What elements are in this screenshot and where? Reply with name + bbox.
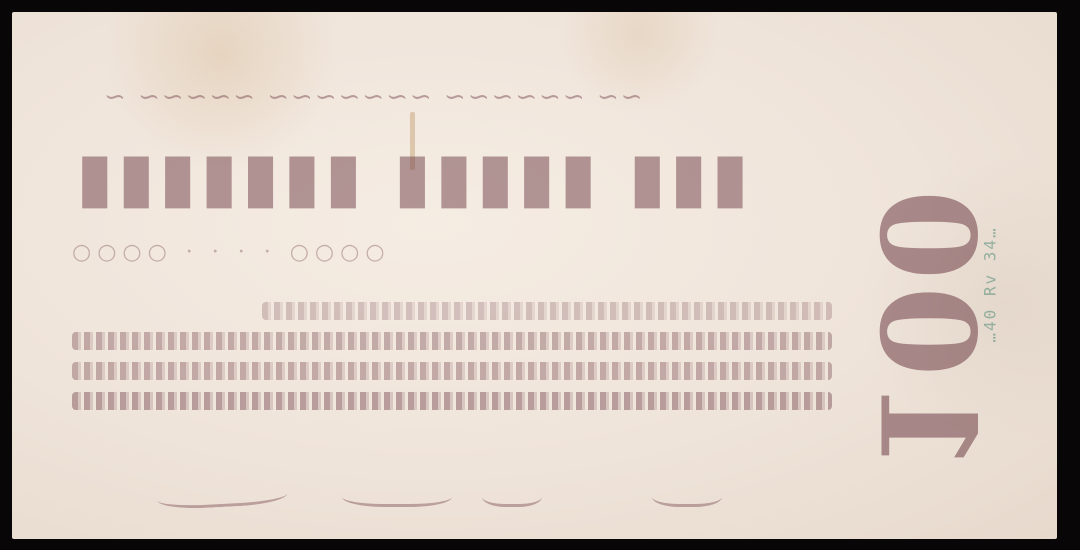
signature-row [132, 482, 752, 522]
serial-number: …40 Rv 34… [975, 220, 1005, 360]
mirrored-heading-text: ~~ ~~~~~~ ~~~~~~~ ~~~~~ ~ [102, 82, 643, 112]
mirrored-ornament-row: ○○○○ · · · · ○○○○ [72, 240, 391, 265]
signature [342, 482, 452, 507]
signature [652, 482, 722, 507]
mirrored-title-text: ▮▮▮ ▮▮▮▮▮ ▮▮▮▮▮▮▮ [72, 137, 749, 217]
banknote-back: ~~ ~~~~~~ ~~~~~~~ ~~~~~ ~ ▮▮▮ ▮▮▮▮▮ ▮▮▮▮… [12, 12, 1057, 539]
body-line [72, 392, 832, 410]
body-line [262, 302, 832, 320]
mirrored-body-text [72, 302, 832, 422]
signature [156, 479, 287, 511]
body-line [72, 362, 832, 380]
signature [482, 482, 542, 507]
body-line [72, 332, 832, 350]
